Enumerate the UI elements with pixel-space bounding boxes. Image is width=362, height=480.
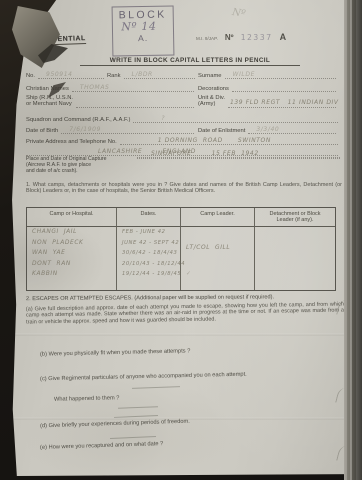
field-unit-value: 139 FLD REGT 11 INDIAN DIV	[230, 99, 339, 106]
stamp-letter: A.	[113, 32, 173, 43]
block-leader-column	[255, 227, 335, 290]
leader-cell	[186, 229, 254, 240]
field-unit-label-line2: (Army)	[198, 101, 225, 107]
question-1-text: 1. What camps, detachments or hospitals …	[26, 182, 342, 195]
field-unit: Unit & Div. (Army) 139 FLD REGT 11 INDIA…	[198, 95, 336, 108]
camp-cell: DONT RAN	[32, 261, 116, 272]
leader-cell: LT/COL GILL	[186, 245, 254, 256]
question-2b-text: (b) Were you physically fit when you mad…	[40, 348, 190, 357]
col-header-dates: Dates.	[117, 208, 181, 227]
field-unit-label: Unit & Div. (Army)	[198, 95, 228, 108]
answer-line	[118, 406, 158, 408]
field-number: No. 950914	[26, 70, 104, 79]
ref-series: A	[280, 32, 287, 42]
field-number-line: 950914	[38, 70, 104, 79]
question-2-heading: 2. ESCAPES OR ATTEMPTED ESCAPES. (Additi…	[26, 294, 344, 302]
question-2c2-text: What happened to them ?	[54, 395, 120, 402]
field-christian-names-line: THOMAS	[72, 83, 194, 92]
field-enlistment-label: Date of Enlistment	[198, 128, 248, 134]
photo-frame: CONFIDENTIAL BLOCK Nº 14 A. M.I. 9/JAP. …	[0, 0, 362, 480]
camp-cell: CHANGI JAIL	[32, 229, 116, 240]
field-ship: Ship (R.N., U.S.N. or Merchant Navy	[26, 95, 194, 108]
question-2e-text: (e) How were you recaptured and on what …	[40, 441, 163, 451]
field-address: Private Address and Telephone No. 1 DORN…	[26, 136, 338, 145]
field-decorations: Decorations	[198, 83, 336, 92]
leader-cell: ✓	[186, 271, 254, 282]
paper-crease	[10, 333, 352, 336]
field-enlistment-line: 3/3/40	[248, 125, 336, 134]
answer-line	[110, 436, 156, 439]
field-dob-value: 7/6/1909	[69, 126, 101, 133]
field-ship-label: Ship (R.N., U.S.N. or Merchant Navy	[26, 95, 76, 108]
field-surname: Surname WILDE	[198, 70, 336, 79]
field-ship-line	[76, 99, 194, 108]
camps-table: Camp or Hospital. Dates. Camp Leader. De…	[26, 207, 336, 291]
dates-cell: 20/10/43 - 18/12/44	[122, 261, 180, 272]
field-enlistment-value: 3/3/40	[256, 126, 279, 133]
field-number-value: 950914	[46, 71, 73, 78]
block-leader-cell	[260, 250, 335, 261]
dates-column: FEB - JUNE 42 JUNE 42 - SEPT 42 30/6/42 …	[117, 227, 181, 290]
field-surname-label: Surname	[198, 73, 225, 79]
field-capture: Place and Date of Original Capture (Airc…	[26, 157, 340, 175]
field-squadron-value: ?	[161, 115, 165, 122]
dates-cell: FEB - JUNE 42	[122, 229, 180, 240]
field-rank-value: L/BDR	[132, 71, 153, 78]
ref-number: 12337	[241, 33, 273, 42]
field-number-label: No.	[26, 73, 38, 79]
ref-department: M.I. 9/JAP.	[196, 36, 218, 41]
answer-line	[132, 386, 180, 389]
question-2a-text: (a) Give full description and approx. da…	[26, 302, 344, 326]
ref-no-label: Nº	[225, 33, 234, 42]
col-header-block-leader: Detachment or Block Leader (if any).	[255, 208, 335, 227]
question-2d-text: (d) Give briefly your experiences during…	[40, 419, 190, 430]
block-number-stamp: BLOCK Nº 14 A.	[112, 5, 175, 56]
field-unit-line: 139 FLD REGT 11 INDIAN DIV	[228, 99, 336, 108]
field-ship-label-line2: or Merchant Navy	[26, 101, 73, 107]
question-2c-text: (c) Give Regimental particulars of anyon…	[40, 372, 247, 383]
dates-cell: 30/6/42 - 18/4/43	[122, 250, 180, 261]
pencil-corner-note: Nº	[231, 7, 246, 20]
file-reference: M.I. 9/JAP. Nº 12337 A	[196, 32, 286, 42]
field-squadron-line: ?	[133, 114, 338, 123]
stamp-number: Nº 14	[105, 19, 173, 33]
camp-cell: KABBIN	[32, 271, 116, 282]
field-surname-value: WILDE	[233, 71, 255, 78]
camp-cell: WAN YAE	[32, 250, 116, 261]
field-surname-line: WILDE	[225, 70, 336, 79]
dates-cell: JUNE 42 - SEPT 42	[122, 240, 180, 251]
field-christian-names-value: THOMAS	[80, 84, 110, 91]
field-rank-label: Rank	[107, 73, 124, 79]
block-leader-cell	[260, 271, 335, 282]
field-date-of-enlistment: Date of Enlistment 3/3/40	[198, 125, 336, 134]
field-rank: Rank L/BDR	[107, 70, 195, 79]
field-date-of-birth: Date of Birth 7/6/1909	[26, 125, 194, 134]
camp-column: CHANGI JAIL NON PLADECK WAN YAE DONT RAN…	[27, 227, 117, 290]
field-rank-line: L/BDR	[124, 70, 195, 79]
field-address-label: Private Address and Telephone No.	[26, 139, 120, 145]
field-decorations-line	[232, 83, 336, 92]
field-capture-label-line3: and date of a/c crash).	[26, 169, 134, 175]
col-header-leader: Camp Leader.	[181, 208, 255, 227]
field-capture-value: SINGAPORE 15 FEB 1942	[151, 150, 259, 157]
block-leader-cell	[260, 229, 335, 240]
camp-cell: NON PLADECK	[32, 240, 116, 251]
field-christian-names-label: Christian Names	[26, 86, 72, 92]
block-leader-cell	[260, 240, 335, 251]
field-capture-label: Place and Date of Original Capture (Airc…	[26, 157, 137, 175]
form-instruction: WRITE IN BLOCK CAPITAL LETTERS IN PENCIL	[80, 57, 300, 66]
field-squadron-label: Squadron and Command (R.A.F., A.A.F.)	[26, 117, 133, 123]
leader-cell	[186, 261, 254, 272]
page-stack-edge	[344, 0, 362, 480]
field-dob-line: 7/6/1909	[61, 125, 194, 134]
field-capture-line2	[137, 158, 340, 159]
field-squadron: Squadron and Command (R.A.F., A.A.F.) ?	[26, 114, 338, 123]
dates-cell: 19/12/44 - 19/8/45	[122, 271, 180, 282]
document-page: CONFIDENTIAL BLOCK Nº 14 A. M.I. 9/JAP. …	[10, 0, 352, 476]
field-capture-lines: SINGAPORE 15 FEB 1942	[137, 157, 340, 159]
field-decorations-label: Decorations	[198, 86, 232, 92]
field-dob-label: Date of Birth	[26, 128, 61, 134]
paper-crease	[10, 417, 352, 420]
field-address-line: 1 DORNING ROAD SWINTON	[120, 136, 338, 145]
leader-column: LT/COL GILL ✓	[181, 227, 255, 290]
col-header-camp: Camp or Hospital.	[27, 208, 117, 227]
block-leader-cell	[260, 261, 335, 272]
field-address-value: 1 DORNING ROAD SWINTON	[158, 137, 271, 144]
